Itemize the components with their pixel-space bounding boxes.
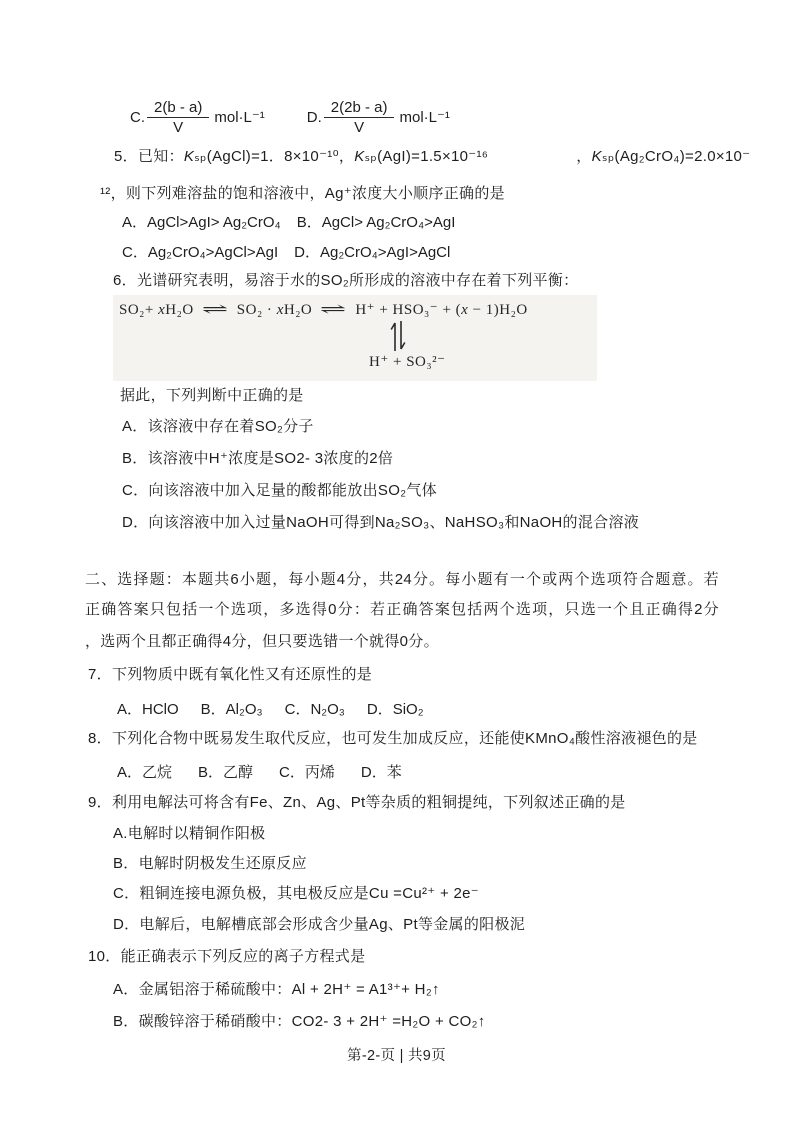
ksp-symbol: K [184, 148, 194, 165]
equation-line1: SO₂+ xH₂O⇌SO₂ · xH₂O⇌H⁺ + HSO₃⁻ + (x − 1… [119, 300, 528, 319]
q10-option-b: B．碳酸锌溶于稀硝酸中：CO2- 3 + 2H⁺ =H₂O + CO₂↑ [113, 1012, 486, 1032]
eq-part: − 1)H₂O [468, 302, 527, 318]
q8-option-c: C．丙烯 [279, 761, 335, 782]
q9-stem: 9．利用电解法可将含有Fe、Zn、Ag、Pt等杂质的粗铜提纯，下列叙述正确的是 [88, 793, 626, 813]
q5-stem-line2: ¹²，则下列难溶盐的饱和溶液中，Ag⁺浓度大小顺序正确的是 [100, 184, 505, 204]
vertical-equilibrium-arrows-icon [390, 320, 406, 352]
option-c-fraction: 2(b - a)V [147, 99, 209, 136]
q5-option-c: C．Ag₂CrO₄>AgCl>AgI [122, 241, 278, 262]
ksp-symbol: K [354, 148, 364, 165]
q5-stem-line1: 5．已知：Kₛₚ(AgCl)=1．8×10⁻¹⁰，Kₛₚ(AgI)=1.5×10… [114, 147, 750, 167]
fraction-numerator: 2(b - a) [147, 99, 209, 118]
section2-line1: 二、选择题：本题共6小题，每小题4分，共24分。每小题有一个或两个选项符合题意。… [85, 570, 719, 590]
ksp-ag2cro4-value: ₛₚ(Ag₂CrO₄)=2.0×10⁻ [602, 148, 750, 165]
q8-options-row: A．乙烷 B．乙醇 C．丙烯 D．苯 [117, 761, 402, 782]
prev-question-options-row: C.2(b - a)Vmol·L⁻¹ D.2(2b - a)Vmol·L⁻¹ [130, 95, 450, 139]
ksp-symbol: K [592, 148, 602, 165]
q5-options-row-cd: C．Ag₂CrO₄>AgCl>AgI D．Ag₂CrO₄>AgI>AgCl [122, 241, 450, 262]
q9-option-b: B．电解时阴极发生还原反应 [113, 854, 307, 874]
q6-option-b: B．该溶液中H⁺浓度是SO2- 3浓度的2倍 [122, 449, 393, 469]
equilibrium-harpoon-icon: ⇌ [202, 300, 229, 319]
q10-stem: 10．能正确表示下列反应的离子方程式是 [88, 947, 365, 967]
q6-stem: 6．光谱研究表明，易溶于水的SO₂所形成的溶液中存在着下列平衡： [113, 271, 578, 291]
q9-option-d: D．电解后，电解槽底部会形成含少量Ag、Pt等金属的阳极泥 [113, 915, 525, 935]
q7-options-row: A．HClO B．Al₂O₃ C．N₂O₃ D．SiO₂ [117, 698, 424, 719]
option-c-label: C. [130, 109, 145, 126]
q7-option-c: C．N₂O₃ [285, 698, 345, 719]
option-d-unit: mol·L⁻¹ [399, 108, 449, 126]
option-c-unit: mol·L⁻¹ [214, 108, 264, 126]
comma-separator: ， [576, 148, 591, 165]
q8-option-b: B．乙醇 [198, 761, 253, 782]
fraction-numerator: 2(2b - a) [324, 99, 395, 118]
q7-option-d: D．SiO₂ [367, 698, 424, 719]
q6-judge-line: 据此，下列判断中正确的是 [120, 386, 304, 406]
eq-part: H₂O [165, 302, 193, 318]
fraction-denominator: V [173, 118, 183, 136]
q5-option-d: D．Ag₂CrO₄>AgI>AgCl [294, 241, 450, 262]
eq-part: SO₂ · [237, 302, 277, 318]
equation-line2: H⁺ + SO₃²⁻ [369, 352, 446, 371]
q5-option-a: A．AgCl>AgI> Ag₂CrO₄ [122, 211, 281, 232]
eq-part: SO₂+ [119, 302, 158, 318]
section2-line3: ，选两个且都正确得4分，但只要选错一个就得0分。 [85, 632, 439, 652]
eq-part: H⁺ + HSO₃⁻ + ( [355, 302, 461, 318]
exam-paper-page: C.2(b - a)Vmol·L⁻¹ D.2(2b - a)Vmol·L⁻¹ 5… [0, 0, 793, 1122]
q5-options-row-ab: A．AgCl>AgI> Ag₂CrO₄ B．AgCl> Ag₂CrO₄>AgI [122, 211, 455, 232]
q9-option-c: C．粗铜连接电源负极，其电极反应是Cu =Cu²⁺ + 2e⁻ [113, 884, 479, 904]
q6-option-a: A．该溶液中存在着SO₂分子 [122, 417, 314, 437]
equilibrium-equation-image: SO₂+ xH₂O⇌SO₂ · xH₂O⇌H⁺ + HSO₃⁻ + (x − 1… [113, 295, 597, 381]
q8-stem: 8．下列化合物中既易发生取代反应，也可发生加成反应，还能使KMnO₄酸性溶液褪色… [88, 729, 698, 749]
q8-option-a: A．乙烷 [117, 761, 172, 782]
q6-option-c: C．向该溶液中加入足量的酸都能放出SO₂气体 [122, 481, 437, 501]
q7-stem: 7．下列物质中既有氧化性又有还原性的是 [88, 665, 372, 685]
option-d-fraction: 2(2b - a)V [324, 99, 395, 136]
section2-line2: 正确答案只包括一个选项，多选得0分：若正确答案包括两个选项，只选一个且正确得2分 [85, 600, 719, 620]
ksp-agcl-value: ₛₚ(AgCl)=1．8×10⁻¹⁰， [194, 148, 354, 165]
equilibrium-harpoon-icon: ⇌ [320, 300, 347, 319]
option-d-label: D. [307, 109, 322, 126]
eq-part: H₂O [284, 302, 312, 318]
ksp-agi-value: ₛₚ(AgI)=1.5×10⁻¹⁶ [365, 148, 489, 165]
q9-option-a: A.电解时以精铜作阳极 [113, 824, 265, 844]
q7-option-b: B．Al₂O₃ [201, 698, 263, 719]
q5-prefix: 5．已知： [114, 148, 184, 165]
page-number-footer: 第-2-页 | 共9页 [0, 1044, 793, 1065]
q10-option-a: A．金属铝溶于稀硫酸中：Al + 2H⁺ = A1³⁺+ H₂↑ [113, 980, 440, 1000]
fraction-denominator: V [354, 118, 364, 136]
q5-option-b: B．AgCl> Ag₂CrO₄>AgI [297, 211, 456, 232]
q7-option-a: A．HClO [117, 698, 179, 719]
q6-option-d: D．向该溶液中加入过量NaOH可得到Na₂SO₃、NaHSO₃和NaOH的混合溶… [122, 513, 639, 533]
eq-variable-x: x [277, 302, 284, 318]
q8-option-d: D．苯 [361, 761, 402, 782]
